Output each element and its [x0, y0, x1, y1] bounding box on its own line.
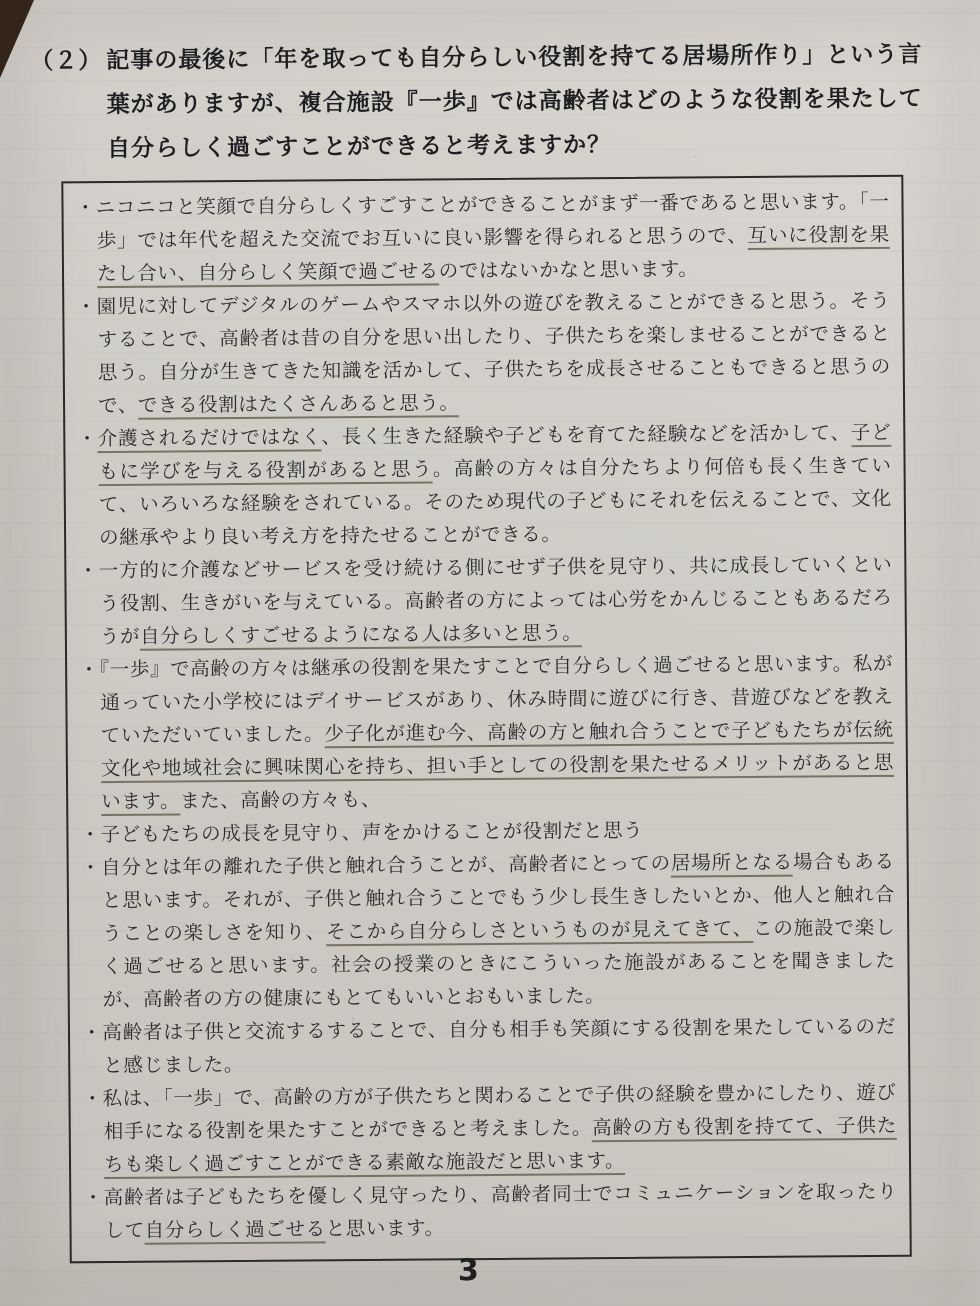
question-text: 記事の最後に「年を取っても自分らしい役割を持てる居場所作り」という言葉があります…: [106, 33, 929, 171]
worksheet-sheet: （２） 記事の最後に「年を取っても自分らしい役割を持てる居場所作り」という言葉が…: [0, 0, 980, 1306]
underlined-text: 介護されるだけではなく: [98, 425, 322, 453]
underlined-text: そこから自分らしさというものが見えてきて、: [326, 917, 753, 946]
answer-text: また、高齢の方々も、: [180, 788, 381, 813]
question-number: （２）: [30, 39, 102, 84]
bullet-marker: ・: [76, 295, 97, 318]
answer-bullet: ・一方的に介護などサービスを受け続ける側にせず子供を見守り、共に成長していくとい…: [78, 548, 893, 653]
answer-bullet: ・自分とは年の離れた子供と触れ合うことが、高齢者にとっての居場所となる場合もある…: [81, 845, 896, 1016]
bullet-marker: ・: [79, 658, 99, 681]
bullet-marker: ・: [80, 823, 100, 846]
answer-bullet: ・高齢者は子供と交流するすることで、自分も相手も笑顔にする役割を果たしているのだ…: [82, 1010, 896, 1082]
answer-text: 、長く生きた経験や子どもを育てた経験などを活かして、: [321, 421, 851, 448]
page-content: （２） 記事の最後に「年を取っても自分らしい役割を持てる居場所作り」という言葉が…: [0, 0, 980, 1306]
answer-bullet: ・高齢者は子どもたちを優しく見守ったり、高齢者同士でコミュニケーションを取ったり…: [83, 1175, 897, 1247]
answer-text: 自分とは年の離れた子供と触れ合うことが、高齢者にとっての: [101, 852, 671, 879]
answer-text: 高齢者は子供と交流するすることで、自分も相手も笑顔にする役割を果たしているのだと…: [102, 1015, 896, 1077]
question-block: （２） 記事の最後に「年を取っても自分らしい役割を持てる居場所作り」という言葉が…: [0, 0, 977, 172]
bullet-marker: ・: [82, 1021, 103, 1044]
underlined-text: できる役割はたくさんあると思う。: [138, 391, 460, 420]
answer-box: ・ニコニコと笑顔で自分らしくすごすことができることがまず一番であると思います。「…: [61, 175, 911, 1264]
underlined-text: 自分らしくすごせるようになる人は多いと思う。: [140, 621, 582, 650]
answer-bullet: ・『一歩』で高齢の方々は継承の役割を果たすことで自分らしく過ごせると思います。私…: [79, 647, 894, 818]
bullet-marker: ・: [77, 427, 98, 450]
underlined-text: 自分らしく過ごせる: [145, 1217, 326, 1244]
bullet-marker: ・: [81, 856, 102, 879]
answer-bullet: ・園児に対してデジタルのゲームやスマホ以外の遊びを教えることができると思う。そう…: [76, 284, 891, 422]
bullet-marker: ・: [78, 559, 99, 582]
bullet-marker: ・: [83, 1186, 104, 1209]
underlined-text: 居場所となる: [671, 851, 793, 878]
answer-text: と思います。: [326, 1216, 445, 1240]
answer-text: 子どもたちの成長を見守り、声をかけることが役割だと思う: [100, 819, 643, 846]
answer-bullet: ・介護されるだけではなく、長く生きた経験や子どもを育てた経験などを活かして、子ど…: [77, 416, 892, 554]
page-number: 3: [6, 1250, 932, 1292]
answer-text: のではないかなと思います。: [439, 257, 699, 282]
answer-bullet: ・ニコニコと笑顔で自分らしくすごすことができることがまず一番であると思います。「…: [75, 185, 890, 290]
bullet-marker: ・: [82, 1087, 102, 1110]
bullet-marker: ・: [75, 196, 95, 219]
answer-bullet: ・私は、「一歩」で、高齢の方が子供たちと関わることで子供の経験を豊かにしたり、遊…: [82, 1076, 897, 1181]
